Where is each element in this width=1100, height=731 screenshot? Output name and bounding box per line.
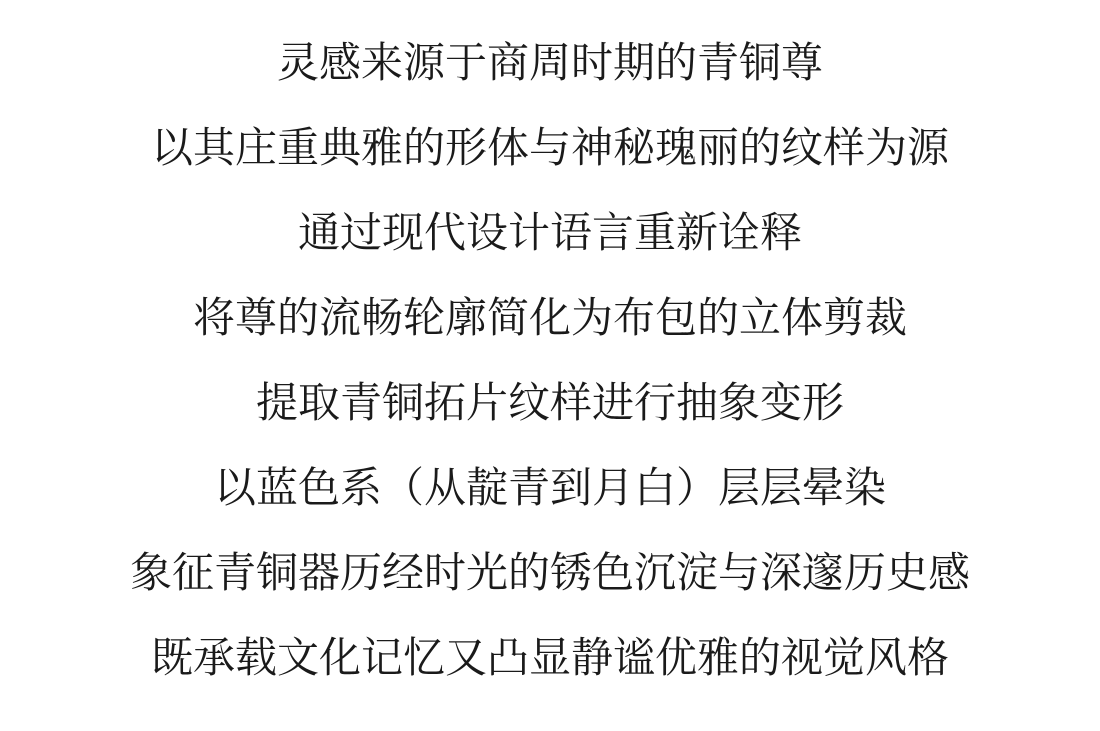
design-description-text: 灵感来源于商周时期的青铜尊 以其庄重典雅的形体与神秘瑰丽的纹样为源 通过现代设计… bbox=[0, 20, 1100, 700]
text-line-3: 通过现代设计语言重新诠释 bbox=[0, 190, 1100, 275]
text-line-2: 以其庄重典雅的形体与神秘瑰丽的纹样为源 bbox=[0, 105, 1100, 190]
text-line-8: 既承载文化记忆又凸显静谧优雅的视觉风格 bbox=[0, 615, 1100, 700]
text-line-1: 灵感来源于商周时期的青铜尊 bbox=[0, 20, 1100, 105]
text-line-4: 将尊的流畅轮廓简化为布包的立体剪裁 bbox=[0, 275, 1100, 360]
text-line-5: 提取青铜拓片纹样进行抽象变形 bbox=[0, 360, 1100, 445]
text-line-7: 象征青铜器历经时光的锈色沉淀与深邃历史感 bbox=[0, 530, 1100, 615]
text-line-6: 以蓝色系（从靛青到月白）层层晕染 bbox=[0, 445, 1100, 530]
